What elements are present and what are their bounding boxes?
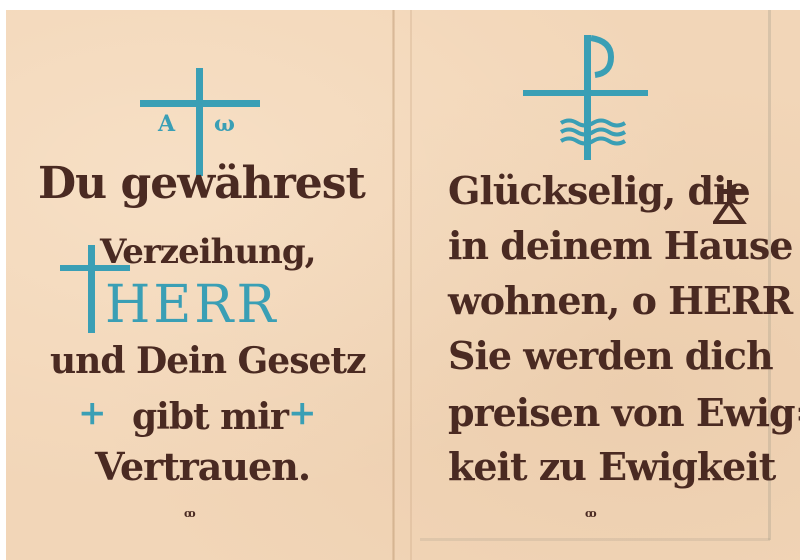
text-line-2: in deinem Hause [448,223,792,268]
text-line-3: wohnen, o HERR [448,278,792,323]
text-line-1: Glückselig, die [448,168,750,213]
center-fold [392,10,395,560]
text-line-6: keit zu Ewigkeit [448,444,775,489]
right-page: Glückselig, die in deinem Hause wohnen, … [420,10,770,560]
cross-triangle-ornament-icon [713,180,747,226]
text-line-4: Sie werden dich [448,333,773,378]
text-line-6: Vertrauen. [95,444,310,489]
text-line-5: preisen von Ewig= [448,390,800,435]
svg-text:ω: ω [214,111,235,137]
herr-heading: HERR [105,275,279,335]
text-line-1: Du gewährest [38,158,365,209]
text-line-5: gibt mir [132,396,288,438]
chi-rho-water-cross-icon [523,35,653,165]
center-fold-shadow [410,10,412,560]
side-cross-left-icon: + [78,393,106,433]
maker-mark-right: ꝏ [585,507,597,520]
text-line-4: und Dein Gesetz [50,340,365,382]
text-line-2: Verzeihung, [100,232,315,272]
side-cross-right-icon: + [288,393,316,433]
left-page: A ω Du gewährest Verzeihung, HERR und De… [20,10,380,560]
svg-text:A: A [157,111,176,137]
maker-mark-left: ꝏ [184,507,196,520]
